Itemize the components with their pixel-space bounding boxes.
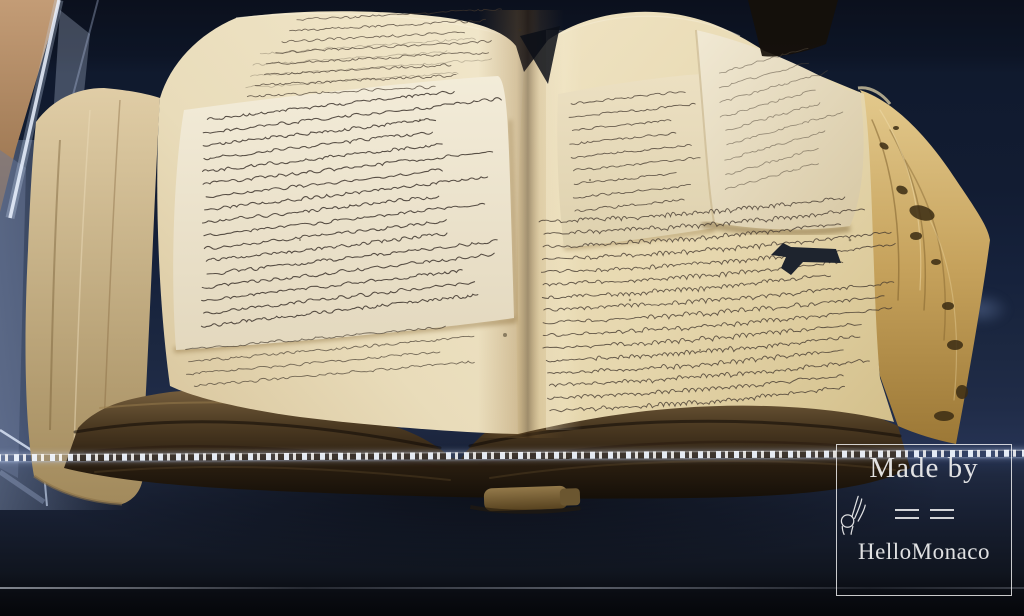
brand-text: HelloMonaco — [837, 539, 1011, 565]
pasted-note — [557, 74, 714, 248]
watermark-divider — [837, 493, 1011, 535]
made-by-text: Made by — [837, 452, 1011, 485]
photo-of-manuscript-display: Made by HelloMonaco — [0, 0, 1024, 616]
double-line-right — [930, 509, 954, 519]
double-line-left — [895, 509, 919, 519]
watermark: Made by HelloMonaco — [836, 444, 1012, 596]
ok-hand-icon — [837, 493, 867, 535]
shadow-wedge — [748, 0, 838, 57]
